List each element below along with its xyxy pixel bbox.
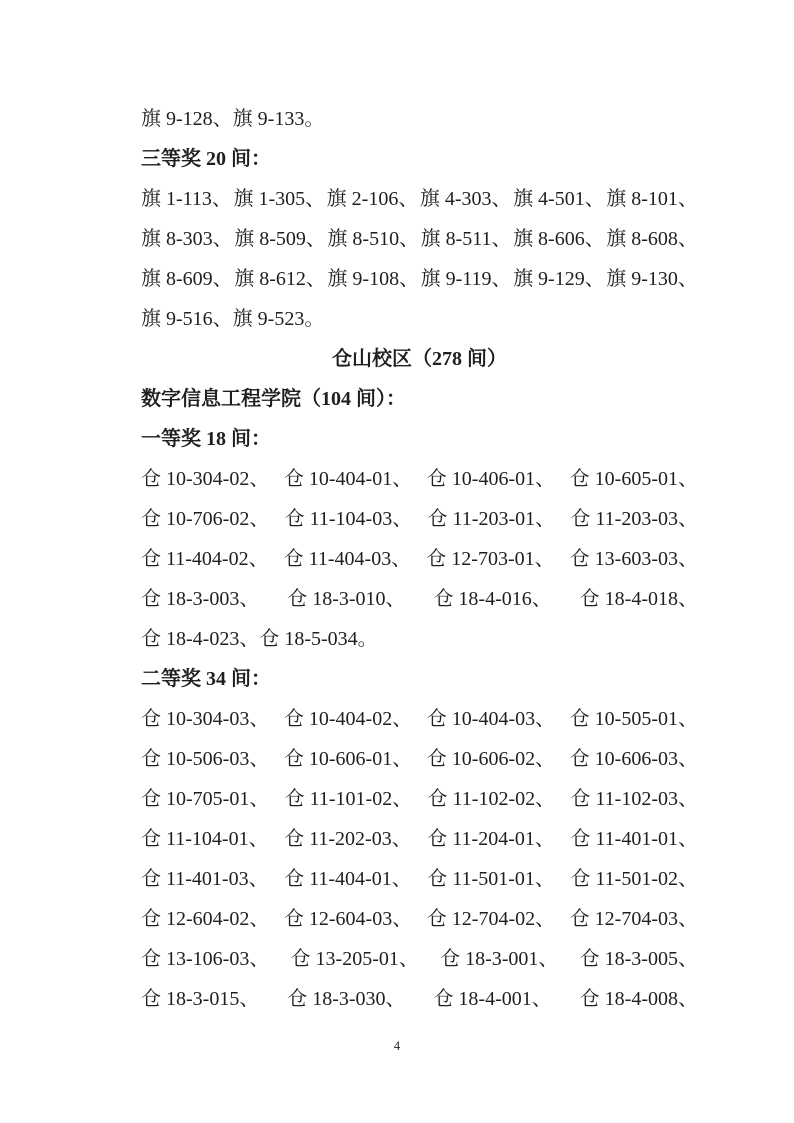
section-heading: 二等奖 34 间：: [141, 659, 698, 699]
room-item: 仓 18-3-030、: [287, 979, 405, 1019]
room-list-line: 仓 10-304-02、仓 10-404-01、仓 10-406-01、仓 10…: [141, 459, 698, 499]
room-item: 仓 12-703-01、: [426, 539, 554, 579]
room-item: 仓 11-104-03、: [285, 499, 413, 539]
room-item: 仓 11-104-01、: [141, 819, 269, 859]
room-list-line: 旗 8-303、旗 8-509、旗 8-510、旗 8-511、旗 8-606、…: [141, 219, 698, 259]
room-list-line: 仓 13-106-03、仓 13-205-01、仓 18-3-001、仓 18-…: [141, 939, 698, 979]
room-item: 仓 13-603-03、: [570, 539, 698, 579]
room-list-line: 仓 11-104-01、仓 11-202-03、仓 11-204-01、仓 11…: [141, 819, 698, 859]
room-item: 仓 10-404-02、: [284, 699, 412, 739]
room-item: 旗 1-113、: [141, 179, 232, 219]
room-list-line: 仓 10-705-01、仓 11-101-02、仓 11-102-02、仓 11…: [141, 779, 698, 819]
room-item: 仓 10-605-01、: [570, 459, 698, 499]
room-item: 仓 18-3-015、: [141, 979, 259, 1019]
room-item: 仓 11-204-01、: [427, 819, 555, 859]
document-body: 旗 9-128、旗 9-133。三等奖 20 间：旗 1-113、旗 1-305…: [141, 99, 698, 1019]
room-item: 仓 18-4-001、: [433, 979, 551, 1019]
room-item: 仓 12-604-03、: [284, 899, 412, 939]
room-item: 仓 10-304-02、: [141, 459, 269, 499]
room-item: 仓 13-106-03、: [141, 939, 269, 979]
room-item: 仓 10-505-01、: [570, 699, 698, 739]
room-item: 仓 18-3-005、: [580, 939, 698, 979]
room-item: 仓 11-404-03、: [284, 539, 412, 579]
room-item: 旗 2-106、: [327, 179, 419, 219]
room-item: 仓 10-705-01、: [141, 779, 269, 819]
room-list-line: 仓 12-604-02、仓 12-604-03、仓 12-704-02、仓 12…: [141, 899, 698, 939]
room-item: 旗 9-130、: [606, 259, 698, 299]
room-item: 仓 18-4-016、: [433, 579, 551, 619]
room-list-line: 仓 10-304-03、仓 10-404-02、仓 10-404-03、仓 10…: [141, 699, 698, 739]
room-list-line: 旗 9-128、旗 9-133。: [141, 99, 698, 139]
section-heading: 三等奖 20 间：: [141, 139, 698, 179]
room-item: 仓 10-606-02、: [427, 739, 555, 779]
room-item: 旗 9-119、: [421, 259, 512, 299]
room-item: 旗 8-606、: [513, 219, 605, 259]
room-item: 仓 18-3-003、: [141, 579, 259, 619]
room-item: 仓 13-205-01、: [291, 939, 419, 979]
room-item: 旗 9-129、: [513, 259, 605, 299]
room-list-line: 旗 9-516、旗 9-523。: [141, 299, 698, 339]
room-list-line: 仓 11-401-03、仓 11-404-01、仓 11-501-01、仓 11…: [141, 859, 698, 899]
room-item: 旗 8-509、: [234, 219, 326, 259]
room-item: 仓 10-506-03、: [141, 739, 269, 779]
room-item: 仓 10-404-01、: [284, 459, 412, 499]
room-item: 仓 11-102-03、: [570, 779, 698, 819]
room-list-line: 旗 1-113、旗 1-305、旗 2-106、旗 4-303、旗 4-501、…: [141, 179, 698, 219]
room-item: 仓 12-604-02、: [141, 899, 269, 939]
room-item: 旗 4-303、: [420, 179, 512, 219]
room-item: 仓 10-406-01、: [427, 459, 555, 499]
room-item: 仓 10-706-02、: [141, 499, 269, 539]
room-item: 旗 1-305、: [233, 179, 325, 219]
room-item: 仓 18-3-010、: [287, 579, 405, 619]
room-item: 仓 12-704-02、: [427, 899, 555, 939]
room-item: 旗 8-510、: [327, 219, 419, 259]
room-list-line: 仓 10-506-03、仓 10-606-01、仓 10-606-02、仓 10…: [141, 739, 698, 779]
room-item: 仓 11-404-01、: [284, 859, 412, 899]
document-page: 旗 9-128、旗 9-133。三等奖 20 间：旗 1-113、旗 1-305…: [0, 0, 794, 1123]
room-item: 仓 11-101-02、: [285, 779, 413, 819]
room-item: 旗 4-501、: [513, 179, 605, 219]
page-number: 4: [0, 1038, 794, 1054]
room-item: 旗 8-612、: [234, 259, 326, 299]
room-list-line: 仓 10-706-02、仓 11-104-03、仓 11-203-01、仓 11…: [141, 499, 698, 539]
room-list-line: 仓 11-404-02、仓 11-404-03、仓 12-703-01、仓 13…: [141, 539, 698, 579]
room-list-line: 仓 18-4-023、仓 18-5-034。: [141, 619, 698, 659]
room-item: 仓 11-501-02、: [570, 859, 698, 899]
room-item: 仓 10-606-01、: [284, 739, 412, 779]
room-item: 仓 11-401-03、: [141, 859, 269, 899]
room-item: 旗 8-303、: [141, 219, 233, 259]
room-item: 旗 9-108、: [327, 259, 419, 299]
room-item: 仓 11-401-01、: [570, 819, 698, 859]
room-item: 仓 11-102-02、: [428, 779, 556, 819]
room-item: 仓 12-704-03、: [570, 899, 698, 939]
section-heading: 一等奖 18 间：: [141, 419, 698, 459]
room-list-line: 旗 8-609、旗 8-612、旗 9-108、旗 9-119、旗 9-129、…: [141, 259, 698, 299]
room-item: 仓 18-3-001、: [440, 939, 558, 979]
room-list-line: 仓 18-3-003、仓 18-3-010、仓 18-4-016、仓 18-4-…: [141, 579, 698, 619]
campus-heading: 仓山校区（278 间）: [141, 339, 698, 379]
room-item: 仓 18-4-008、: [580, 979, 698, 1019]
room-item: 旗 8-511、: [421, 219, 512, 259]
section-heading: 数字信息工程学院（104 间）：: [141, 379, 698, 419]
room-item: 旗 8-101、: [606, 179, 698, 219]
room-list-line: 仓 18-3-015、仓 18-3-030、仓 18-4-001、仓 18-4-…: [141, 979, 698, 1019]
room-item: 旗 8-608、: [606, 219, 698, 259]
room-item: 仓 10-606-03、: [570, 739, 698, 779]
room-item: 仓 11-202-03、: [284, 819, 412, 859]
room-item: 旗 8-609、: [141, 259, 233, 299]
room-item: 仓 11-404-02、: [141, 539, 269, 579]
room-item: 仓 10-404-03、: [427, 699, 555, 739]
room-item: 仓 11-501-01、: [427, 859, 555, 899]
room-item: 仓 18-4-018、: [580, 579, 698, 619]
room-item: 仓 11-203-01、: [428, 499, 556, 539]
room-item: 仓 11-203-03、: [570, 499, 698, 539]
room-item: 仓 10-304-03、: [141, 699, 269, 739]
